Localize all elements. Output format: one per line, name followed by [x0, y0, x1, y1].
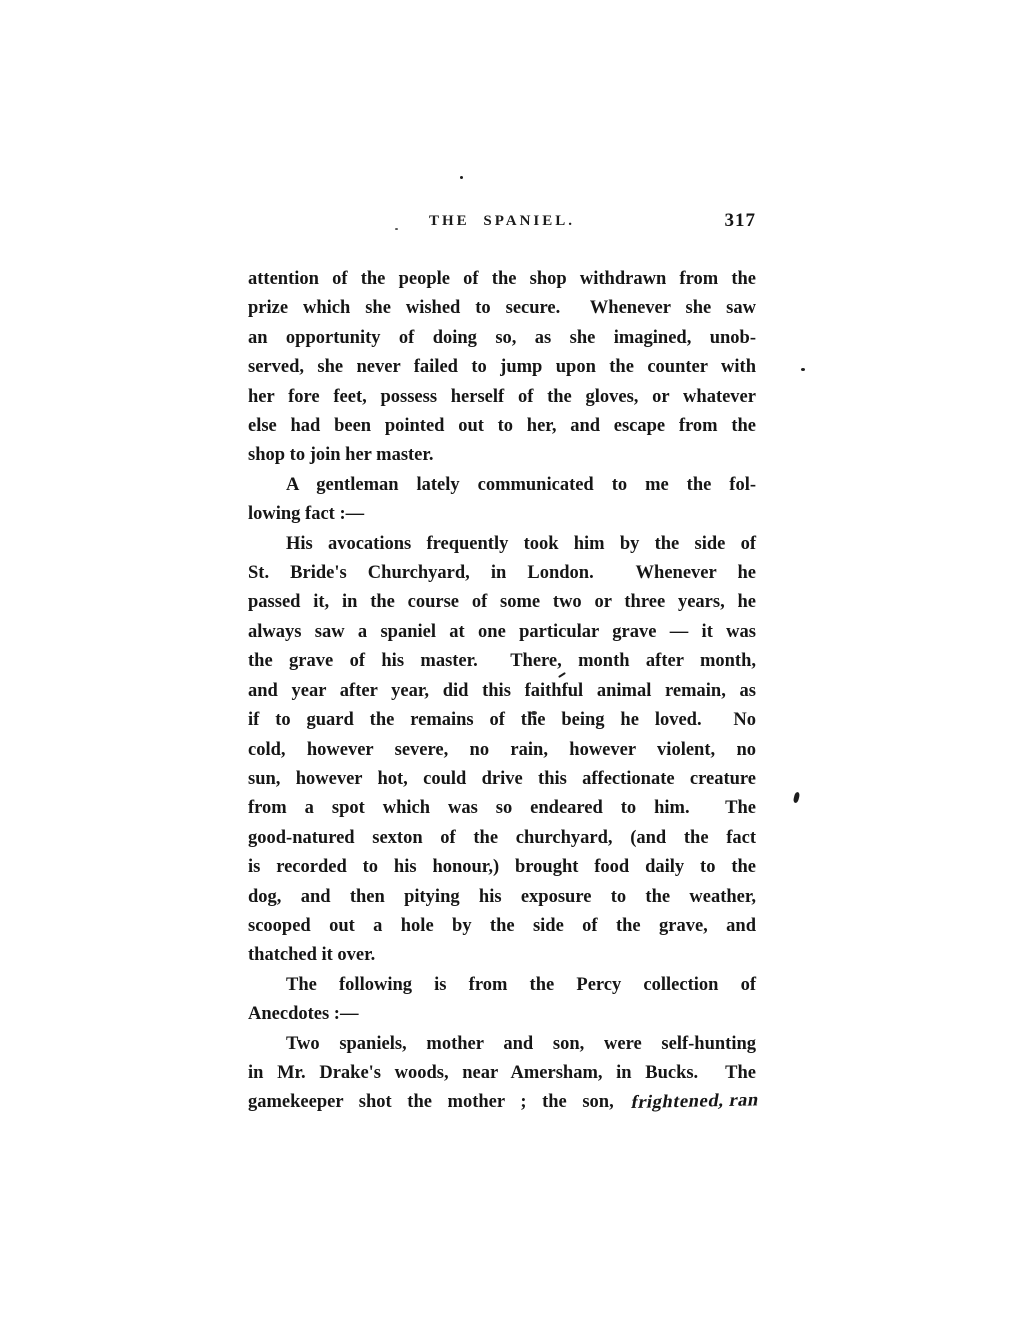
text-line: lowing fact :— — [248, 500, 756, 529]
text-block: THE SPANIEL. 317 attention of the people… — [248, 213, 756, 1118]
page-header: THE SPANIEL. 317 — [248, 213, 756, 235]
text-line: an opportunity of doing so, as she imagi… — [248, 324, 756, 353]
text-line: good-natured sexton of the churchyard, (… — [248, 824, 756, 853]
text-line: Two spaniels, mother and son, were self-… — [248, 1030, 756, 1059]
text-line: attention of the people of the shop with… — [248, 265, 756, 294]
ink-speck — [460, 176, 463, 179]
text-line: her fore feet, possess herself of the gl… — [248, 383, 756, 412]
text-line: always saw a spaniel at one particular g… — [248, 618, 756, 647]
text-line: prize which she wished to secure. Whenev… — [248, 294, 756, 323]
paragraph: A gentleman lately communicated to me th… — [248, 471, 756, 530]
text-line: and year after year, did this faithful a… — [248, 677, 756, 706]
final-line-warped: frightened, ran — [629, 1087, 761, 1119]
text-line: from a spot which was so endeared to him… — [248, 794, 756, 823]
text-line: passed it, in the course of some two or … — [248, 588, 756, 617]
text-line: dog, and then pitying his exposure to th… — [248, 883, 756, 912]
text-line: sun, however hot, could drive this affec… — [248, 765, 756, 794]
text-line: else had been pointed out to her, and es… — [248, 412, 756, 441]
paragraph: Two spaniels, mother and son, were self-… — [248, 1030, 756, 1118]
paragraph: The following is from the Percy collecti… — [248, 971, 756, 1030]
text-block-lines: attention of the people of the shop with… — [248, 265, 756, 1118]
text-line: served, she never failed to jump upon th… — [248, 353, 756, 382]
text-line: in Mr. Drake's woods, near Amersham, in … — [248, 1059, 756, 1088]
text-line: if to guard the remains of the being he … — [248, 706, 756, 735]
paragraph: attention of the people of the shop with… — [248, 265, 756, 471]
text-line: cold, however severe, no rain, however v… — [248, 736, 756, 765]
text-line: The following is from the Percy collecti… — [248, 971, 756, 1000]
final-line-normal: gamekeeper shot the mother ; the son, — [248, 1092, 629, 1112]
text-line: shop to join her master. — [248, 441, 756, 470]
text-line: His avocations frequently took him by th… — [248, 530, 756, 559]
text-line: scooped out a hole by the side of the gr… — [248, 912, 756, 941]
text-line: A gentleman lately communicated to me th… — [248, 471, 756, 500]
scanned-book-page: THE SPANIEL. 317 attention of the people… — [0, 0, 1033, 1339]
ink-speck — [531, 711, 537, 715]
running-title: THE SPANIEL. — [248, 213, 756, 230]
page-number: 317 — [725, 210, 757, 232]
text-line: the grave of his master. There, month af… — [248, 647, 756, 676]
text-line: gamekeeper shot the mother ; the son, fr… — [248, 1088, 756, 1117]
ink-speck — [801, 368, 805, 371]
text-line: Anecdotes :— — [248, 1000, 756, 1029]
ink-speck — [793, 792, 801, 804]
ink-speck — [395, 228, 398, 230]
text-line: St. Bride's Churchyard, in London. Whene… — [248, 559, 756, 588]
paragraph: His avocations frequently took him by th… — [248, 530, 756, 971]
text-line: is recorded to his honour,) brought food… — [248, 853, 756, 882]
text-line: thatched it over. — [248, 941, 756, 970]
